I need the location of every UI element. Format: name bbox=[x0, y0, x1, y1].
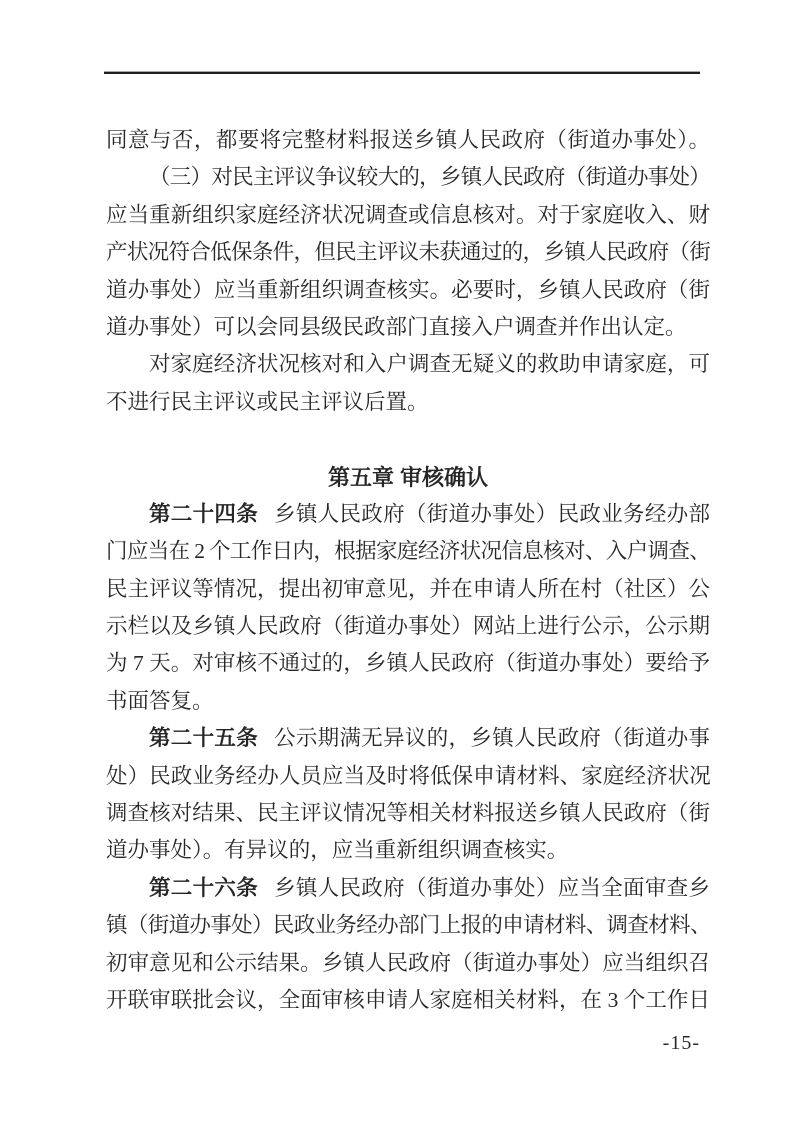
text-line: 门应当在 2 个工作日内，根据家庭经济状况信息核对、入户调查、 bbox=[106, 533, 710, 570]
header-rule-dark-line bbox=[104, 72, 700, 74]
text-line: 道办事处）。有异议的，应当重新组织调查核实。 bbox=[106, 832, 710, 869]
text-line: 书面答复。 bbox=[106, 683, 710, 720]
text-line: 示栏以及乡镇人民政府（街道办事处）网站上进行公示，公示期 bbox=[106, 608, 710, 645]
article-24-label: 第二十四条 bbox=[149, 502, 258, 526]
text-line: 初审意见和公示结果。乡镇人民政府（街道办事处）应当组织召 bbox=[106, 945, 710, 982]
text-line: 应当重新组织家庭经济状况调查或信息核对。对于家庭收入、财 bbox=[106, 197, 710, 234]
text-run: 乡镇人民政府（街道办事处）民政业务经办部 bbox=[274, 502, 710, 526]
text-line: 产状况符合低保条件，但民主评议未获通过的，乡镇人民政府（街 bbox=[106, 234, 710, 271]
chapter-heading: 第五章 审核确认 bbox=[106, 459, 710, 496]
text-run: 乡镇人民政府（街道办事处）应当全面审查乡 bbox=[274, 876, 710, 900]
text-line: 镇（街道办事处）民政业务经办部门上报的申请材料、调查材料、 bbox=[106, 907, 710, 944]
text-line: 为 7 天。对审核不通过的，乡镇人民政府（街道办事处）要给予 bbox=[106, 645, 710, 682]
text-line: 调查核对结果、民主评议情况等相关材料报送乡镇人民政府（街 bbox=[106, 795, 710, 832]
document-page: 同意与否，都要将完整材料报送乡镇人民政府（街道办事处）。 （三）对民主评议争议较… bbox=[0, 0, 793, 1122]
text-line: 同意与否，都要将完整材料报送乡镇人民政府（街道办事处）。 bbox=[106, 122, 710, 159]
article-25-label: 第二十五条 bbox=[149, 726, 258, 750]
text-line: 开联审联批会议，全面审核申请人家庭相关材料，在 3 个工作日 bbox=[106, 982, 710, 1019]
header-rule bbox=[104, 71, 700, 74]
body-text: 同意与否，都要将完整材料报送乡镇人民政府（街道办事处）。 （三）对民主评议争议较… bbox=[106, 122, 710, 1019]
text-line: （三）对民主评议争议较大的，乡镇人民政府（街道办事处） bbox=[106, 159, 710, 196]
text-line: 民主评议等情况，提出初审意见，并在申请人所在村（社区）公 bbox=[106, 571, 710, 608]
text-line: 第二十五条公示期满无异议的，乡镇人民政府（街道办事 bbox=[106, 720, 710, 757]
page-number: -15- bbox=[663, 1032, 700, 1055]
text-line: 道办事处）可以会同县级民政部门直接入户调查并作出认定。 bbox=[106, 309, 710, 346]
text-line: 第二十六条乡镇人民政府（街道办事处）应当全面审查乡 bbox=[106, 870, 710, 907]
text-line: 对家庭经济状况核对和入户调查无疑义的救助申请家庭，可 bbox=[106, 346, 710, 383]
text-run: 公示期满无异议的，乡镇人民政府（街道办事 bbox=[274, 726, 710, 750]
text-line: 道办事处）应当重新组织调查核实。必要时，乡镇人民政府（街 bbox=[106, 272, 710, 309]
text-line: 处）民政业务经办人员应当及时将低保申请材料、家庭经济状况 bbox=[106, 758, 710, 795]
text-line: 不进行民主评议或民主评议后置。 bbox=[106, 384, 710, 421]
article-26-label: 第二十六条 bbox=[149, 876, 258, 900]
text-line: 第二十四条乡镇人民政府（街道办事处）民政业务经办部 bbox=[106, 496, 710, 533]
blank-line bbox=[106, 421, 710, 458]
